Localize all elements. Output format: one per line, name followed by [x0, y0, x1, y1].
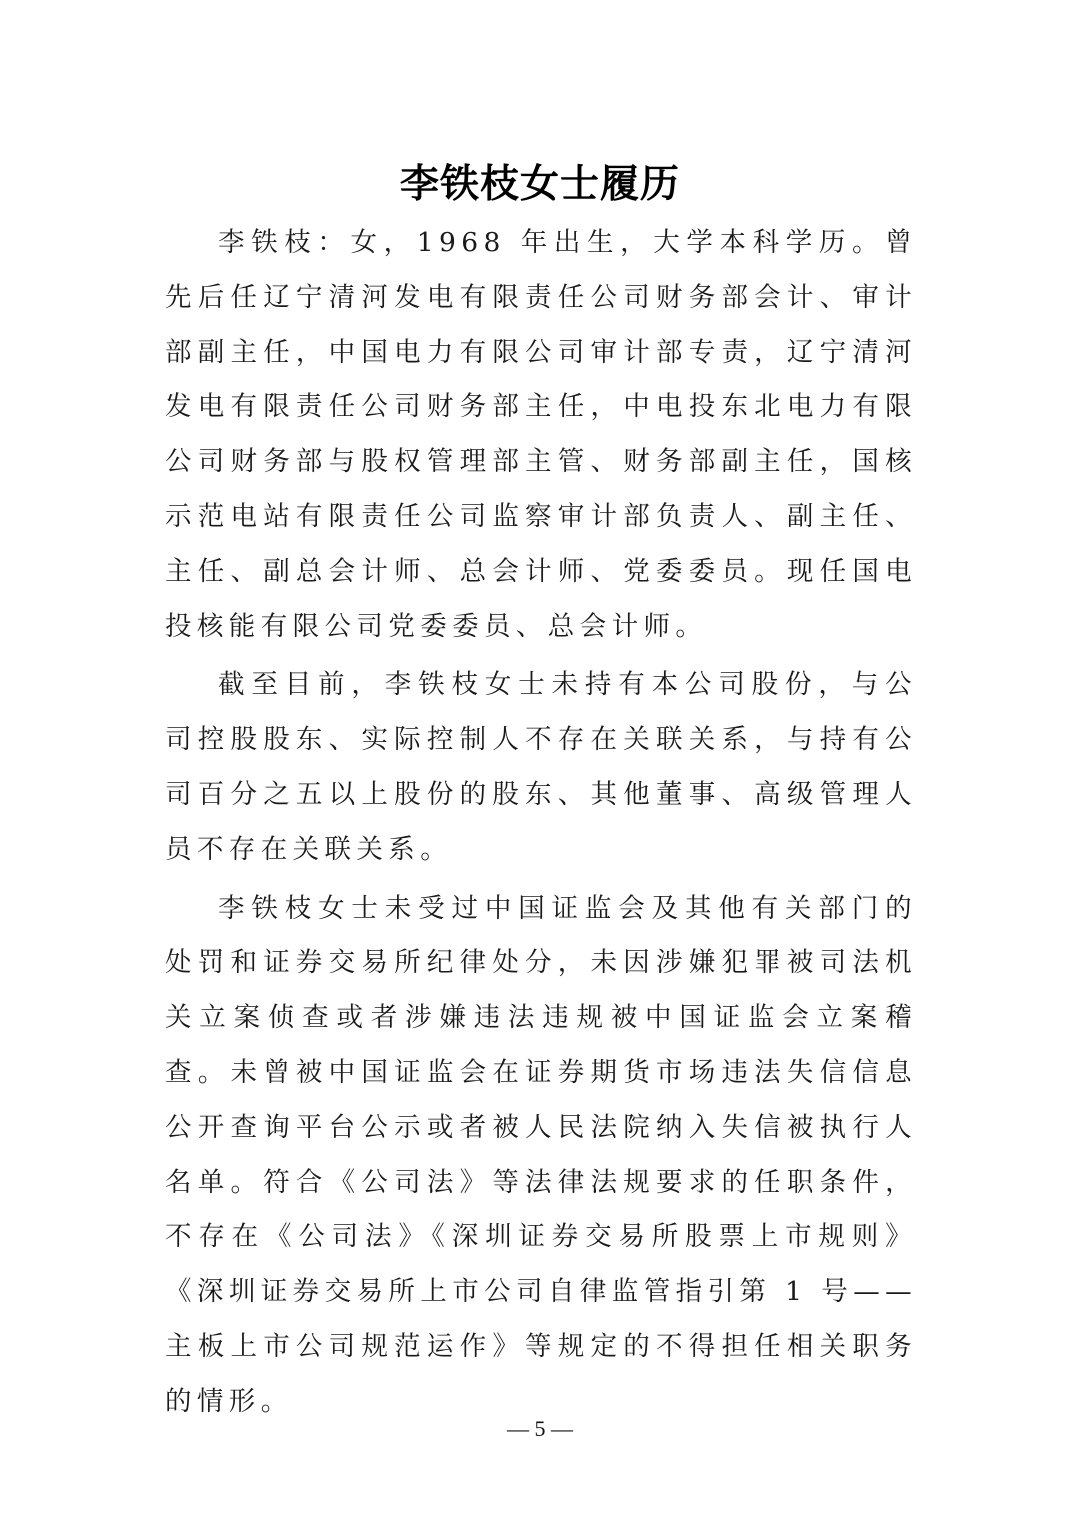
page-title: 李铁枝女士履历: [0, 157, 1080, 213]
paragraph-compliance: 李铁枝女士未受过中国证监会及其他有关部门的处罚和证券交易所纪律处分，未因涉嫌犯罪…: [165, 882, 917, 1430]
paragraph-shareholding: 截至目前，李铁枝女士未持有本公司股份，与公司控股股东、实际控制人不存在关联关系，…: [165, 658, 917, 877]
page-number: — 5 —: [0, 1414, 1080, 1444]
document-body: 李铁枝：女，1968 年出生，大学本科学历。曾先后任辽宁清河发电有限责任公司财务…: [165, 216, 917, 1430]
document-page: 李铁枝女士履历 李铁枝：女，1968 年出生，大学本科学历。曾先后任辽宁清河发电…: [0, 0, 1080, 1527]
paragraph-biography: 李铁枝：女，1968 年出生，大学本科学历。曾先后任辽宁清河发电有限责任公司财务…: [165, 216, 917, 654]
